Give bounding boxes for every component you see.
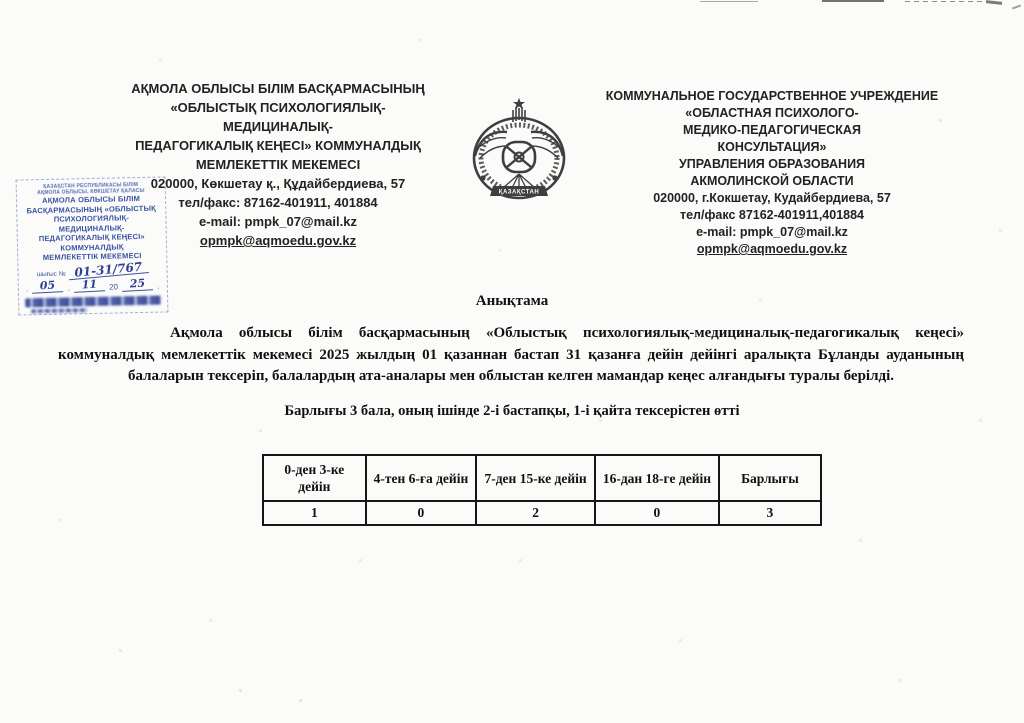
org-name-line: МЕДИКО-ПЕДАГОГИЧЕСКАЯ [592, 122, 952, 139]
org-name-line: МЕМЛЕКЕТТІК МЕКЕМЕСІ [78, 155, 478, 174]
org-name-line: КОНСУЛЬТАЦИЯ» [592, 139, 952, 156]
date-separator: . [157, 281, 159, 290]
stamp-date-month: 11 [74, 279, 106, 293]
letterhead-russian: КОММУНАЛЬНОЕ ГОСУДАРСТВЕННОЕ УЧРЕЖДЕНИЕ … [592, 88, 952, 258]
table-value-cell: 1 [263, 501, 366, 525]
stamp-date: . 05 . 11 20 25 . [22, 278, 164, 293]
org-name-line: МЕДИЦИНАЛЫҚ- [78, 117, 478, 136]
org-email-secondary: opmpk@aqmoedu.gov.kz [592, 241, 952, 258]
body-paragraph: Ақмола облысы білім басқармасының «Облыс… [58, 323, 964, 388]
emblem-banner-text: ҚАЗАҚСТАН [499, 189, 539, 195]
table-header-cell: Барлығы [719, 455, 821, 501]
kazakhstan-emblem-icon: ҚАЗАҚСТАН [462, 96, 576, 206]
org-name-line: «ОБЛАСТНАЯ ПСИХОЛОГО- [592, 105, 952, 122]
org-name-line: УПРАВЛЕНИЯ ОБРАЗОВАНИЯ [592, 156, 952, 173]
stamp-outgoing-label: шығыс № [37, 270, 66, 278]
date-separator: . [26, 284, 28, 293]
date-separator: . [68, 283, 70, 292]
stamp-date-day: 05 [32, 280, 64, 294]
table-header-cell: 4-тен 6-ға дейін [366, 455, 476, 501]
table-header-cell: 7-ден 15-ке дейін [476, 455, 595, 501]
scanned-document-page: { "colors": { "stamp_blue": "#3a52a3", "… [0, 0, 1024, 723]
org-name-line: АКМОЛИНСКОЙ ОБЛАСТИ [592, 173, 952, 190]
table-value-cell: 2 [476, 501, 595, 525]
org-name-line: АҚМОЛА ОБЛЫСЫ БІЛІМ БАСҚАРМАСЫНЫҢ [78, 79, 478, 98]
org-address: 020000, г.Кокшетау, Кудайбердиева, 57 [592, 190, 952, 207]
table-value-cell: 3 [719, 501, 821, 525]
document-title: Анықтама [0, 293, 1024, 310]
org-email: e-mail: pmpk_07@mail.kz [592, 224, 952, 241]
org-name-line: ПЕДАГОГИКАЛЫҚ КЕҢЕСІ» КОММУНАЛДЫҚ [78, 136, 478, 155]
stamp-date-year: 25 [122, 278, 154, 292]
table-header-cell: 0-ден 3-ке дейін [263, 455, 366, 501]
scan-artifact [905, 1, 985, 2]
org-name-line: КОММУНАЛЬНОЕ ГОСУДАРСТВЕННОЕ УЧРЕЖДЕНИЕ [592, 88, 952, 105]
table-value-row: 1 0 2 0 3 [263, 501, 821, 525]
scan-artifact [822, 0, 884, 2]
org-name-line: «ОБЛЫСТЫҚ ПСИХОЛОГИЯЛЫҚ- [78, 98, 478, 117]
scan-artifact [700, 1, 758, 2]
scan-artifact [1012, 5, 1021, 10]
age-distribution-table: 0-ден 3-ке дейін 4-тен 6-ға дейін 7-ден … [262, 454, 822, 526]
summary-line: Барлығы 3 бала, оның ішінде 2-і бастапқы… [0, 403, 1024, 420]
table-value-cell: 0 [595, 501, 719, 525]
table-header-cell: 16-дан 18-ге дейін [595, 455, 719, 501]
table-header-row: 0-ден 3-ке дейін 4-тен 6-ға дейін 7-ден … [263, 455, 821, 501]
org-phone: тел/факс 87162-401911,401884 [592, 207, 952, 224]
scan-artifact [986, 0, 1002, 5]
table-value-cell: 0 [366, 501, 476, 525]
scan-noise [0, 0, 1, 1]
stamp-date-century: 20 [109, 282, 118, 291]
